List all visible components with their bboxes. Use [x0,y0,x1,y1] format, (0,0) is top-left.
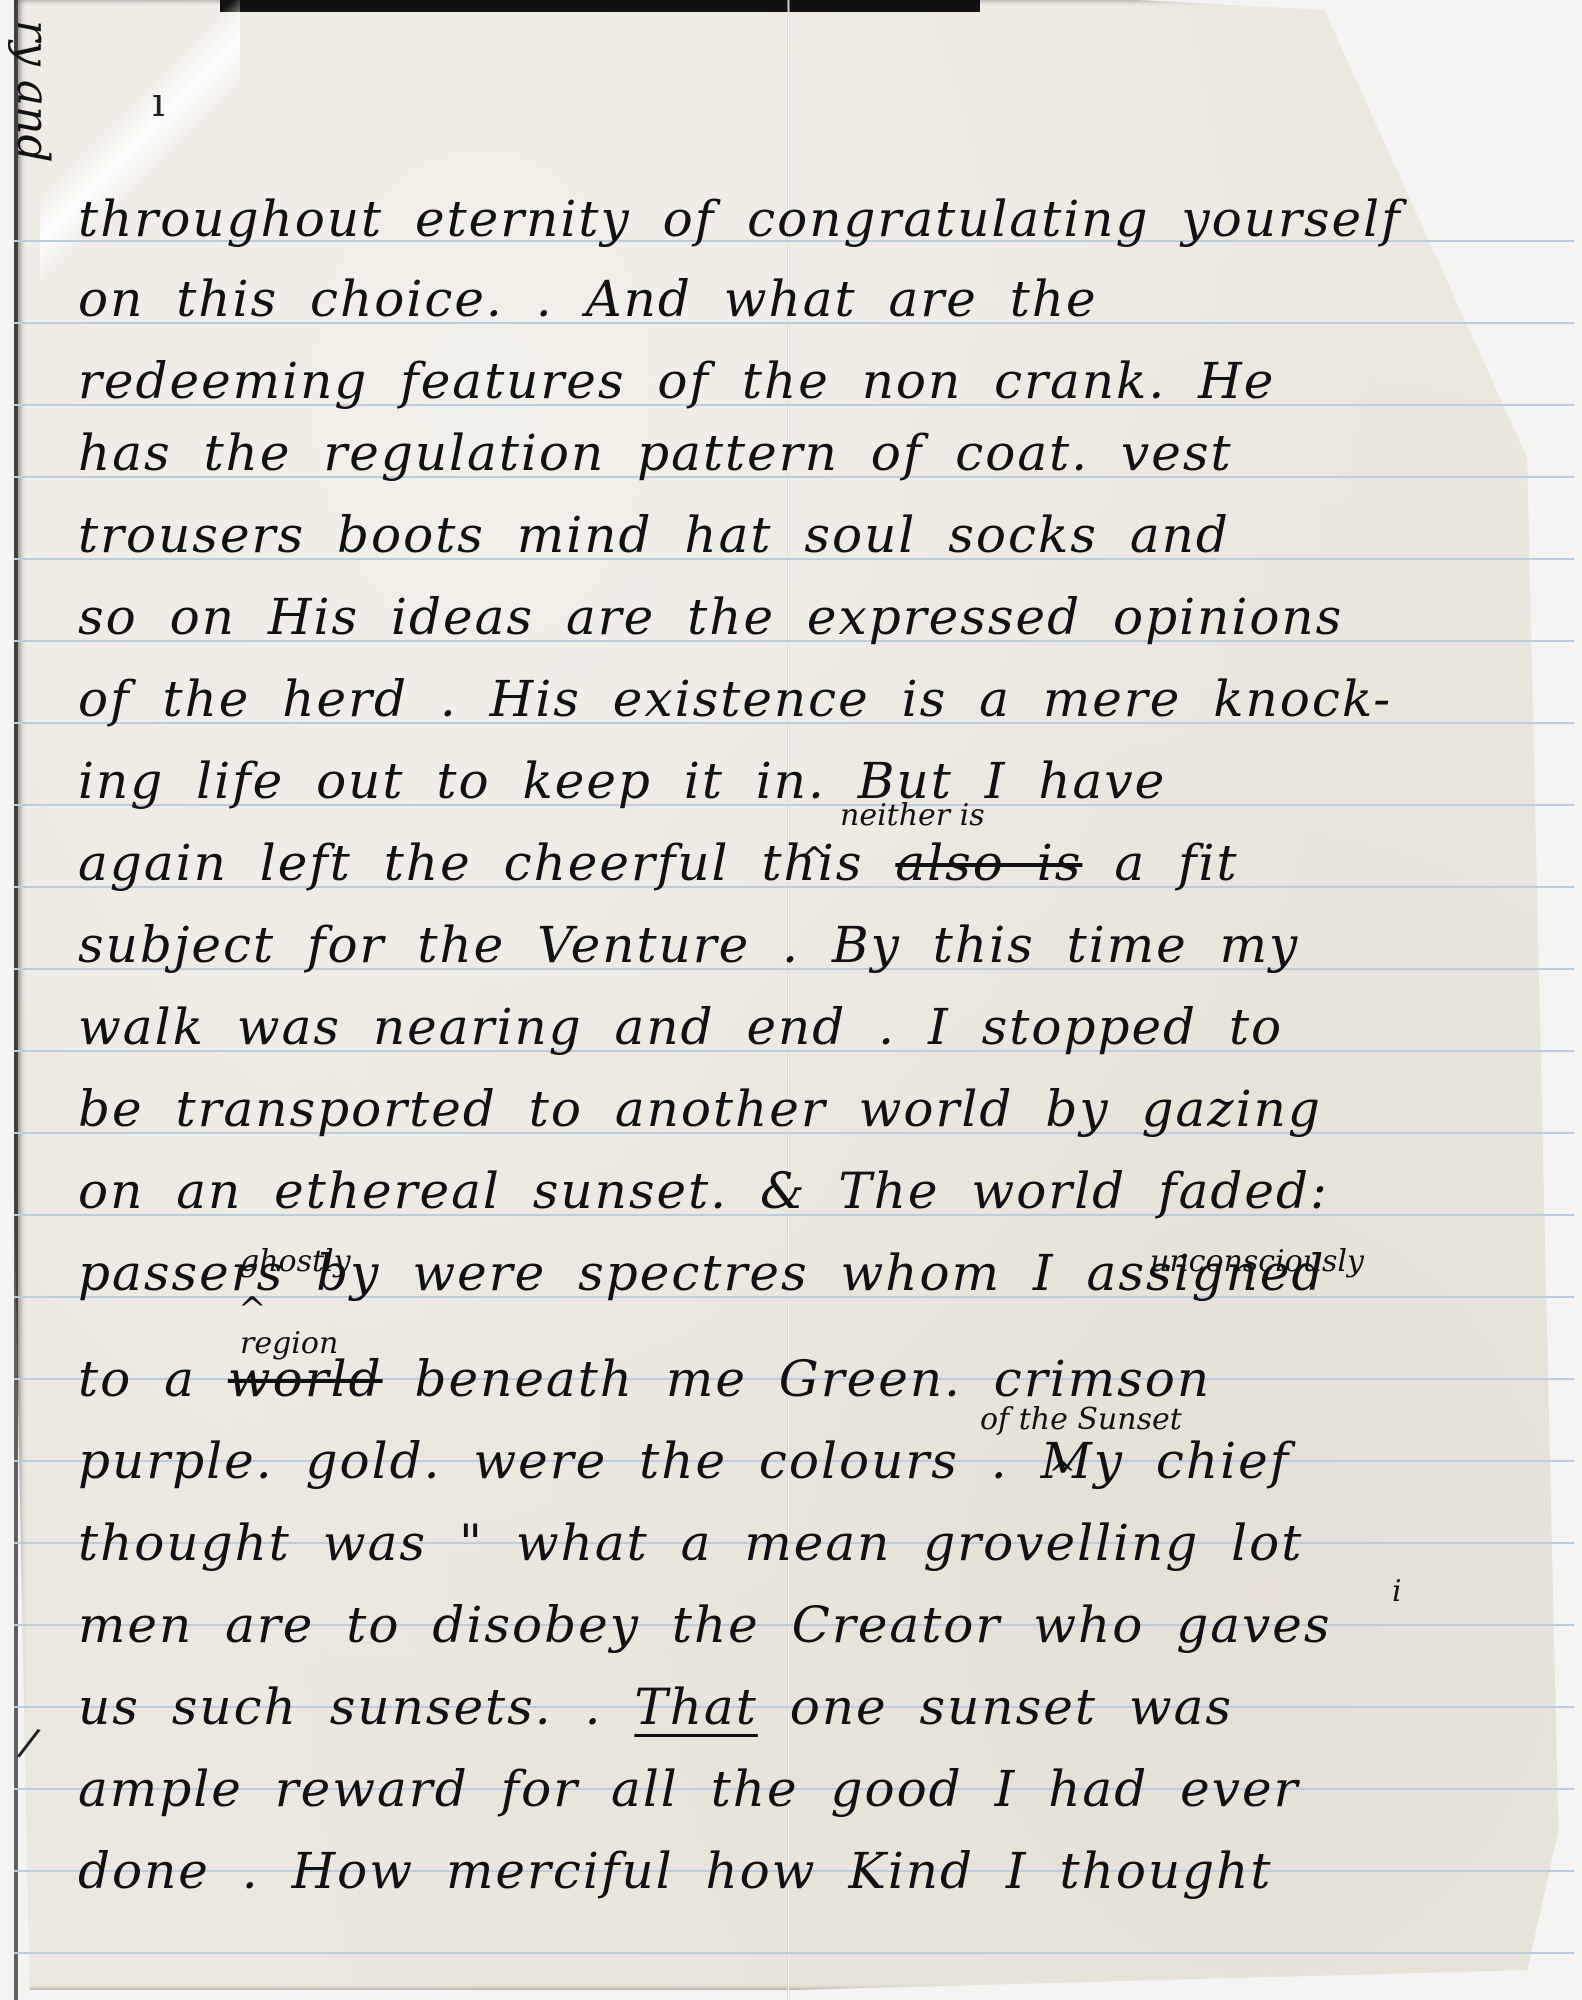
letter-line: subject for the Venture . By this time m… [78,916,1299,974]
letter-line: trousers boots mind hat soul socks and [78,506,1230,564]
ruled-line [14,1952,1574,1954]
letter-line: ing life out to keep it in. But I have [78,752,1166,810]
insertion-i: i [1392,1574,1402,1609]
letter-line: again left the cheerful this also is a f… [78,834,1239,892]
letter-line: redeeming features of the non crank. He [78,352,1275,410]
struck-text: world [228,1350,383,1408]
line-text: again left the cheerful [78,834,761,892]
letter-line: ample reward for all the good I had ever [78,1760,1299,1818]
underlined-text: That [634,1678,757,1736]
letter-line: on this choice. . And what are the [78,270,1098,328]
insertion-neither-is: neither is [840,798,985,833]
margin-note: ry and [7,20,58,163]
stray-mark: ı [152,80,165,126]
letter-line: purple. gold. were the colours . My chie… [78,1432,1290,1490]
insertion-caret: ^ [800,840,829,880]
letter-line: so on His ideas are the expressed opinio… [78,588,1343,646]
line-text: us such sunsets. . [78,1678,634,1736]
letter-line: thought was " what a mean grovelling lot [78,1514,1303,1572]
line-text: a fit [1114,834,1238,892]
insertion-caret: ^ [1048,1455,1077,1495]
letter-line: to a world beneath me Green. crimson [78,1350,1211,1408]
letter-line: done . How merciful how Kind I thought [78,1842,1272,1900]
letter-line: men are to disobey the Creator who gaves [78,1596,1332,1654]
letter-line: of the herd . His existence is a mere kn… [78,670,1392,728]
letter-line: has the regulation pattern of coat. vest [78,424,1233,482]
line-text: one sunset was [790,1678,1233,1736]
letter-line: throughout eternity of congratulating yo… [78,190,1402,248]
line-text: to a [78,1350,228,1408]
line-text: beneath me Green. crimson [415,1350,1212,1408]
scan-edge [220,0,980,12]
struck-text: also is [895,834,1082,892]
letter-line: walk was nearing and end . I stopped to [78,998,1283,1056]
letter-line: on an ethereal sunset. & The world faded… [78,1162,1329,1220]
letter-line: us such sunsets. . That one sunset was [78,1678,1233,1736]
insertion-caret: ^ [238,1290,267,1330]
torn-left-edge [14,0,18,2000]
letter-line: be transported to another world by gazin… [78,1080,1322,1138]
